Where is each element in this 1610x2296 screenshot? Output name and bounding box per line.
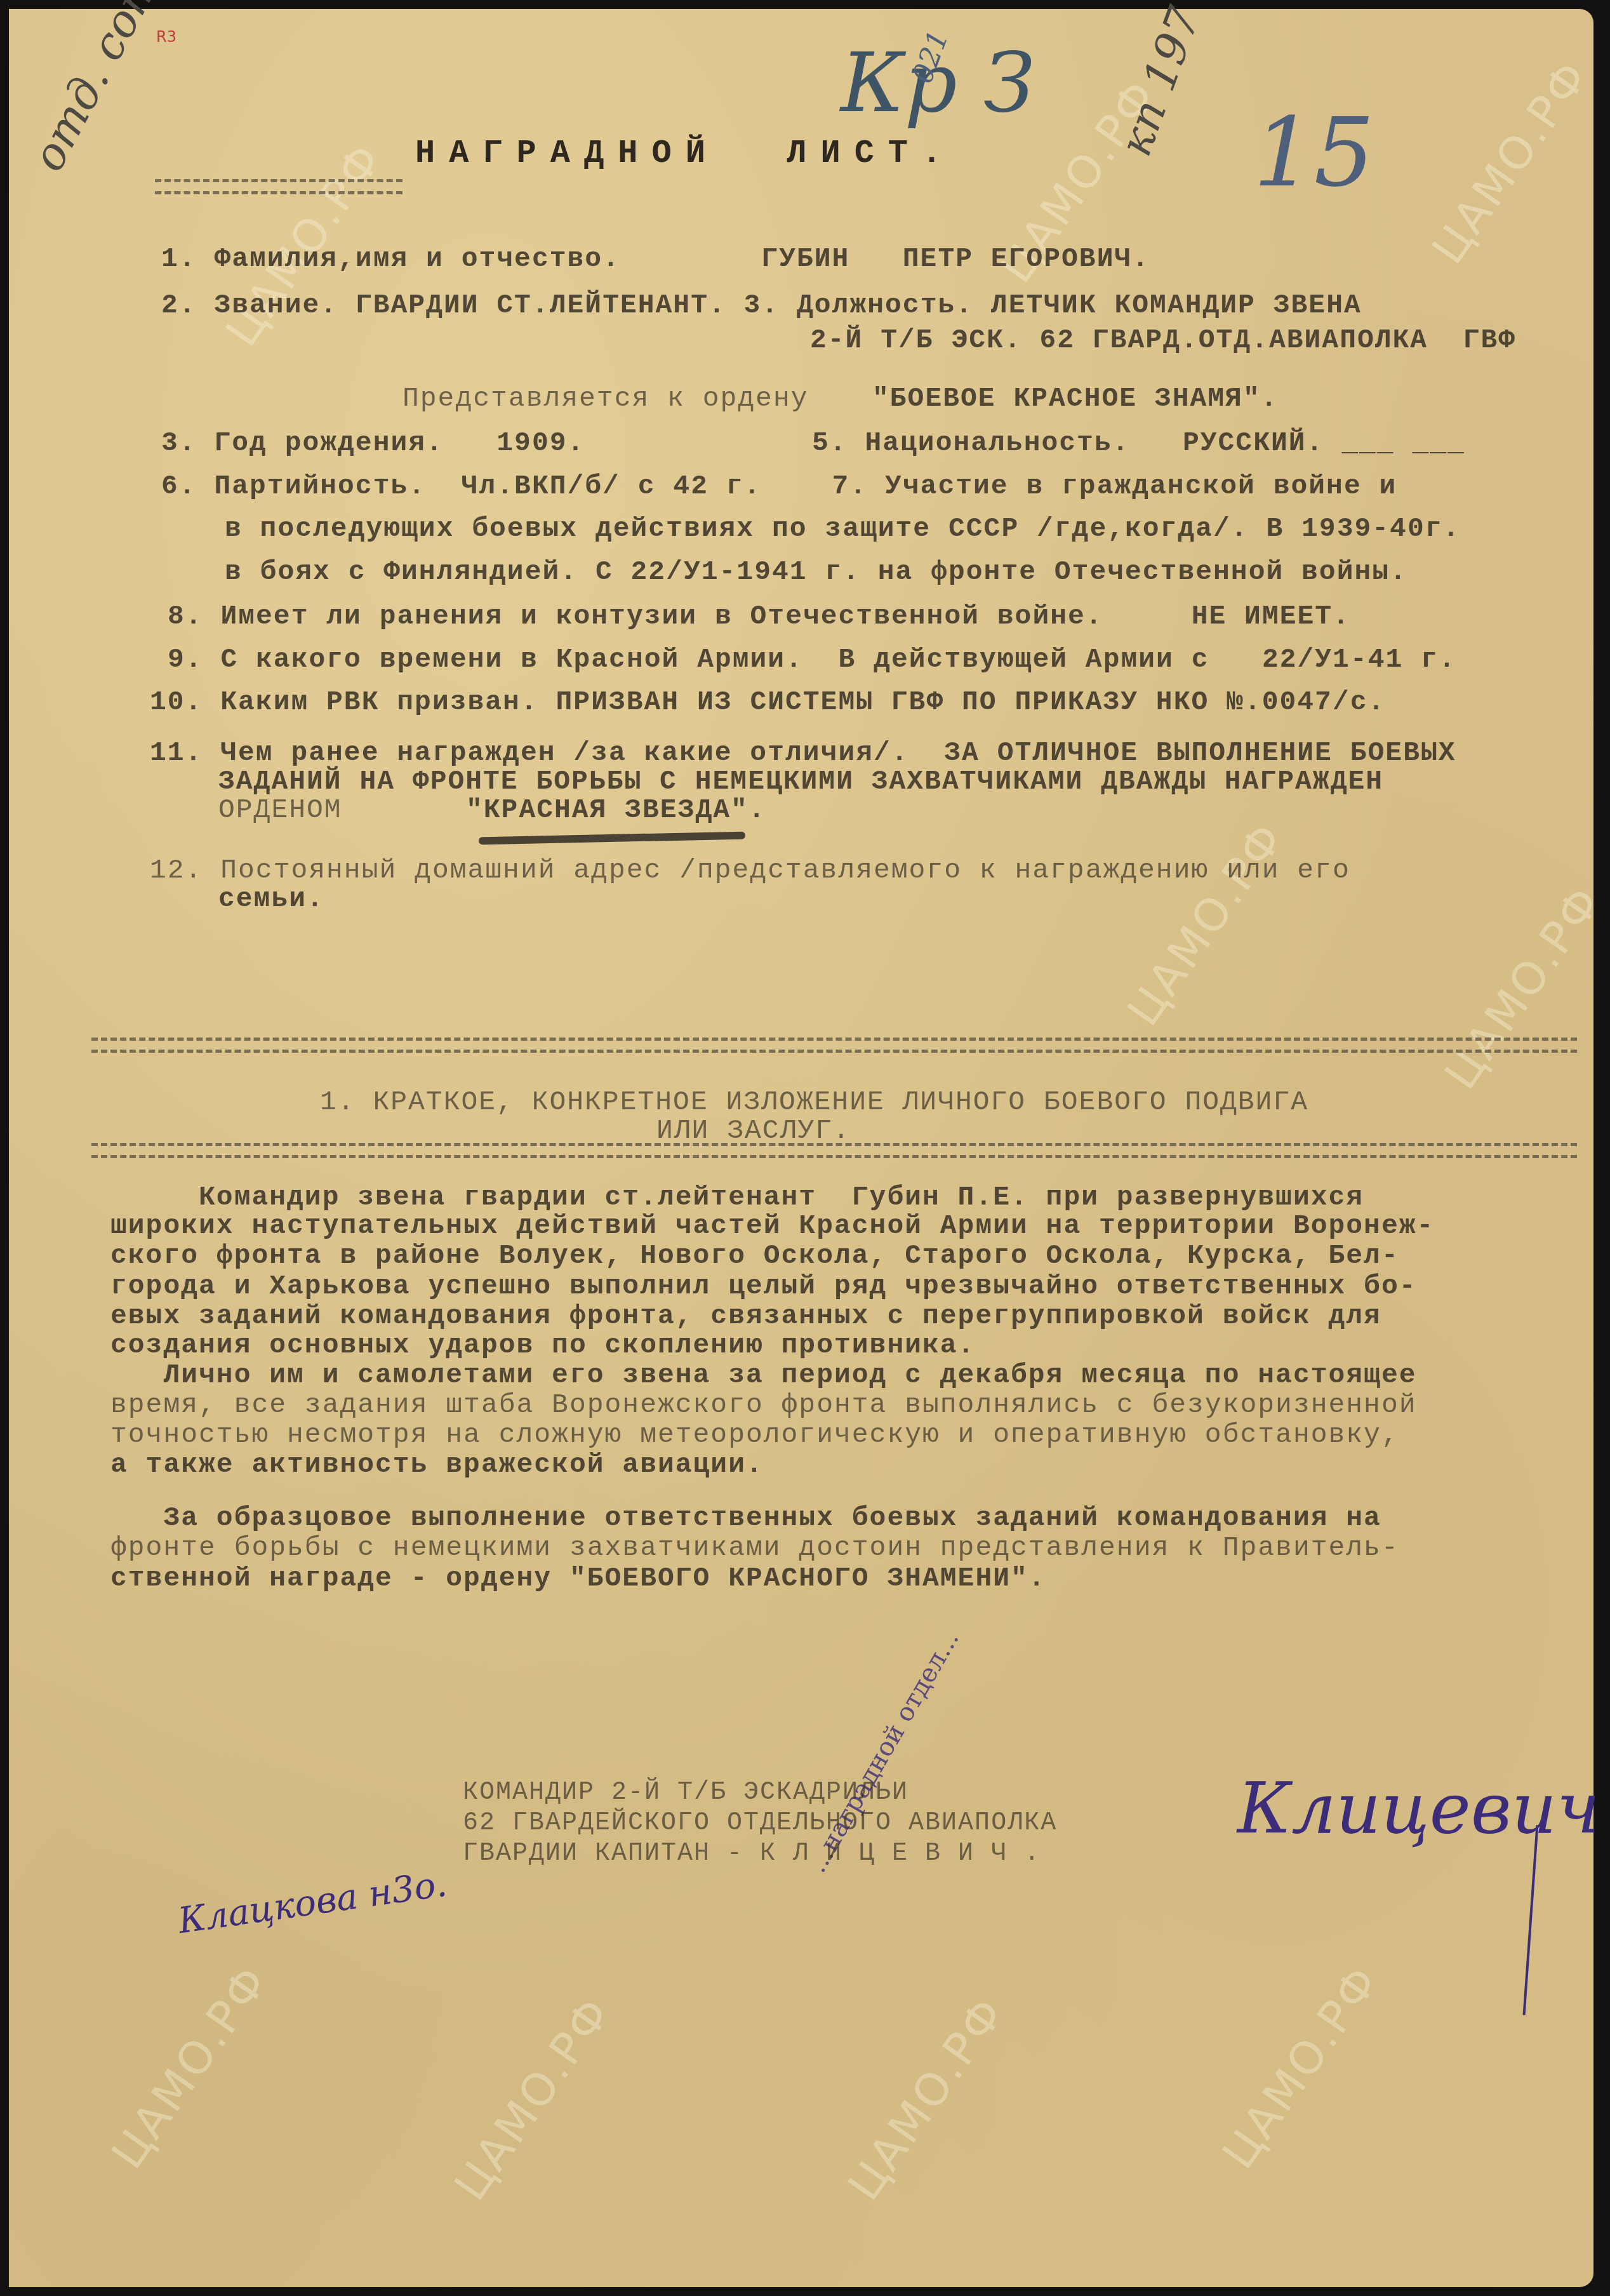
field-7-line2: в последующих боевых действиях по защите… — [225, 515, 1460, 542]
field-2: 2. Звание. ГВАРДИИ СТ.ЛЕЙТЕНАНТ. 3. Долж… — [161, 291, 1362, 319]
red-mark: R3 — [156, 28, 176, 46]
section-rule-bottom — [91, 1143, 1577, 1158]
handwritten-note-bottom: Клацкова н3о. — [176, 1864, 449, 1942]
field-11-line2: ЗАДАНИЙ НА ФРОНТЕ БОРЬБЫ С НЕМЕЦКИМИ ЗАХ… — [218, 768, 1383, 795]
title-underline — [155, 179, 403, 194]
field-11-line3-value: "КРАСНАЯ ЗВЕЗДА". — [466, 796, 766, 824]
section-heading-line1: 1. КРАТКОЕ, КОНКРЕТНОЕ ИЗЛОЖЕНИЕ ЛИЧНОГО… — [320, 1088, 1308, 1116]
pencil-underline — [479, 832, 745, 845]
narrative-line: Командир звена гвардии ст.лейтенант Губи… — [110, 1184, 1364, 1211]
birth-year-value: 1909. — [496, 427, 585, 458]
field-party: 6. Партийность. Чл.ВКП/б/ с 42 г. 7. Уча… — [161, 472, 1397, 500]
wounds-value: НЕ ИМЕЕТ. — [1192, 601, 1350, 632]
narrative-line: точностью несмотря на сложную метеоролог… — [110, 1421, 1399, 1448]
field-2-value: ГВАРДИИ СТ.ЛЕЙТЕНАНТ. — [356, 290, 726, 321]
watermark: ЦАМО.РФ — [1421, 51, 1599, 273]
field-address: 12. Постоянный домашний адрес /представл… — [150, 857, 1350, 884]
signatory-line1: КОМАНДИР 2-Й Т/Б ЭСКАДРИЛЬИ — [463, 1780, 908, 1806]
handwritten-note-unit: отд. сотни 2еб — [22, 0, 243, 179]
watermark: ЦАМО.РФ — [101, 1956, 279, 2178]
document-sheet: ЦАМО.РФ ЦАМО.РФ ЦАМО.РФ ЦАМО.РФ ЦАМО.РФ … — [9, 9, 1593, 2287]
watermark: ЦАМО.РФ — [444, 1987, 622, 2210]
narrative-line: время, все задания штаба Воронежского фр… — [110, 1391, 1417, 1418]
watermark: ЦАМО.РФ — [1434, 876, 1610, 1098]
field-wounds: 8. Имеет ли ранения и контузии в Отечест… — [168, 603, 1350, 630]
narrative-line: создания основных ударов по скоплению пр… — [110, 1332, 975, 1359]
conscription-value: ПРИЗВАН ИЗ СИСТЕМЫ ГВФ ПО ПРИКАЗУ НКО №.… — [556, 686, 1386, 717]
nationality-value: РУССКИЙ. — [1183, 427, 1324, 458]
narrative-line: ственной награде - ордену "БОЕВОГО КРАСН… — [110, 1565, 1046, 1592]
field-1-value: ГУБИН ПЕТР ЕГОРОВИЧ. — [761, 243, 1150, 274]
order-value: "БОЕВОЕ КРАСНОЕ ЗНАМЯ". — [872, 385, 1279, 412]
document-title: НАГРАДНОЙ ЛИСТ. — [415, 135, 955, 172]
narrative-line: За образцовое выполнение ответственных б… — [110, 1504, 1381, 1532]
narrative-line: широких наступательных действий частей К… — [110, 1212, 1434, 1239]
section-rule-top — [91, 1038, 1577, 1053]
signatory-line3: ГВАРДИИ КАПИТАН - К Л И Ц Е В И Ч . — [463, 1841, 1041, 1867]
field-nationality: 5. Национальность. РУССКИЙ. ___ ___ — [812, 429, 1465, 457]
narrative-line: фронте борьбы с немецкими захватчиками д… — [110, 1534, 1399, 1561]
prior-awards-value: ЗА ОТЛИЧНОЕ ВЫПОЛНЕНИЕ БОЕВЫХ — [944, 737, 1456, 768]
signatory-line2: 62 ГВАРДЕЙСКОГО ОТДЕЛЬНОГО АВИАПОЛКА — [463, 1811, 1057, 1836]
field-prior-awards: 11. Чем ранее награжден /за какие отличи… — [150, 739, 1456, 766]
section-heading-line2: ИЛИ ЗАСЛУГ. — [656, 1117, 851, 1144]
watermark: ЦАМО.РФ — [837, 1987, 1015, 2210]
field-11-line3-label: ОРДЕНОМ — [218, 796, 342, 824]
narrative-line: евых заданий командования фронта, связан… — [110, 1302, 1381, 1330]
party-value: Чл.ВКП/б/ с 42 г. — [462, 471, 762, 502]
field-1-label: Фамилия,имя и отчество. — [214, 243, 620, 274]
field-army-since: 9. С какого времени в Красной Армии. В д… — [168, 646, 1456, 673]
signature-tail-stroke — [1523, 1825, 1539, 2015]
signature: Клицевич — [1237, 1768, 1600, 1849]
field-1: 1. Фамилия,имя и отчество. ГУБИН ПЕТР ЕГ… — [161, 245, 1150, 272]
watermark: ЦАМО.РФ — [1117, 813, 1294, 1035]
order-label: Представляется к ордену — [403, 385, 809, 412]
handwritten-mark: 15 — [1253, 98, 1374, 208]
field-3-line2: 2-Й Т/Б ЭСК. 62 ГВАРД.ОТД.АВИАПОЛКА ГВФ — [810, 326, 1516, 354]
watermark: ЦАМО.РФ — [1212, 1956, 1390, 2178]
narrative-line: города и Харькова успешно выполнил целый… — [110, 1272, 1417, 1300]
narrative-line: ского фронта в районе Волуек, Нового Оск… — [110, 1242, 1399, 1269]
field-address-line2: семьи. — [218, 885, 324, 912]
narrative-line: а также активность вражеской авиации. — [110, 1451, 764, 1478]
army-since-value: В действующей Армии с 22/У1-41 г. — [839, 644, 1456, 675]
field-birth-year: 3. Год рождения. 1909. — [161, 429, 585, 457]
field-7-line3: в боях с Финляндией. С 22/У1-1941 г. на … — [225, 558, 1407, 585]
field-3-value: ЛЕТЧИК КОМАНДИР ЗВЕНА — [991, 290, 1362, 321]
narrative-line: Лично им и самолетами его звена за перио… — [110, 1361, 1417, 1389]
field-conscription: 10. Каким РВК призван. ПРИЗВАН ИЗ СИСТЕМ… — [150, 688, 1385, 716]
